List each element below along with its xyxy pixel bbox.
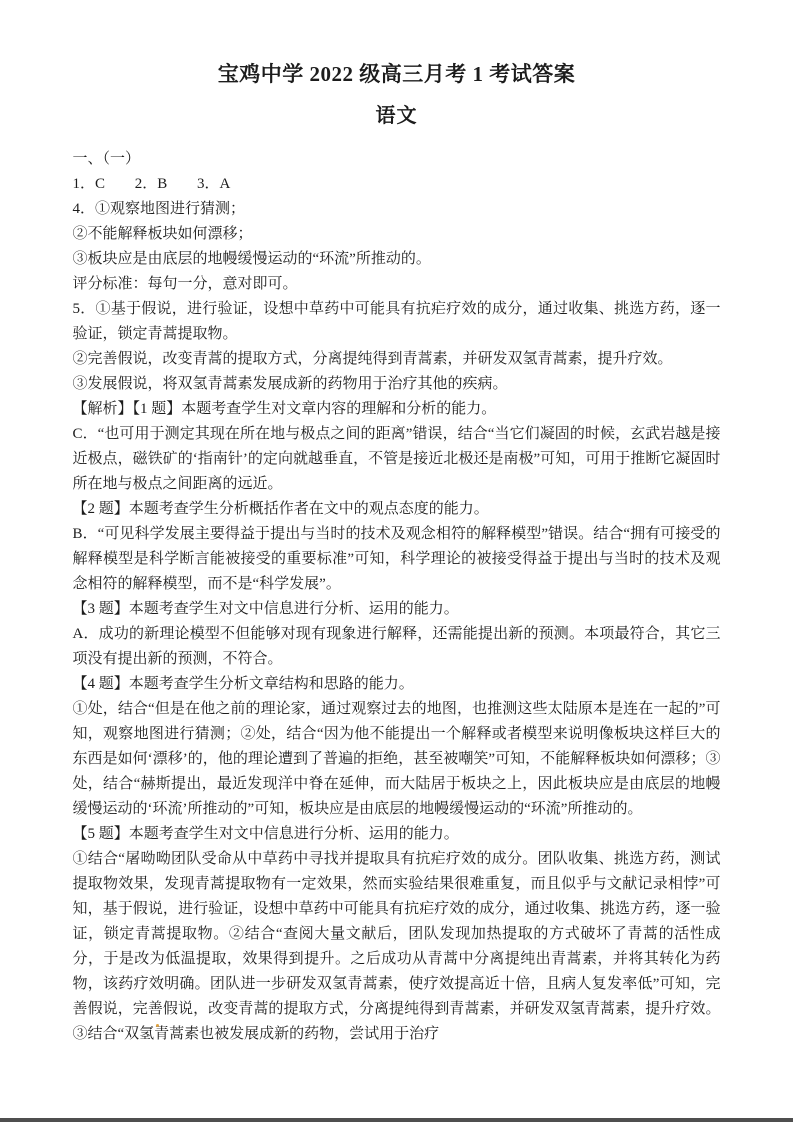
q5-answer-point-1: 5．①基于假说，进行验证，设想中草药中可能具有抗疟疗效的成分，通过收集、挑选方药… [73,297,721,347]
analysis-q4-detail: ①处，结合“但是在他之前的理论家，通过观察过去的地图，也推测这些太陆原本是连在一… [73,697,721,822]
q4-answer-point-2: ②不能解释板块如何漂移； [73,222,721,247]
analysis-q5-detail: ①结合“屠呦呦团队受命从中草药中寻找并提取具有抗疟疗效的成分。团队收集、挑选方药… [73,847,721,1047]
q4-answer-point-1: 4．①观察地图进行猜测； [73,197,721,222]
document-page: 宝鸡中学 2022 级高三月考 1 考试答案 语文 一、（一） 1．C 2．B … [0,0,793,1122]
section-heading: 一、（一） [73,147,721,172]
analysis-q4-heading: 【4 题】本题考查学生分析文章结构和思路的能力。 [73,672,721,697]
choice-answer-1: 1．C [73,172,106,197]
analysis-q5-heading: 【5 题】本题考查学生对文中信息进行分析、运用的能力。 [73,822,721,847]
window-bottom-edge [0,1118,793,1122]
analysis-q1-option-c: C．“也可用于测定其现在所在地与极点之间的距离”错误，结合“当它们凝固的时候，玄… [73,422,721,497]
answer-body: 一、（一） 1．C 2．B 3．A 4．①观察地图进行猜测； ②不能解释板块如何… [73,147,721,1047]
choice-answer-3: 3．A [197,172,230,197]
choice-answer-2: 2．B [135,172,168,197]
choice-answers-row: 1．C 2．B 3．A [73,172,721,197]
page-title: 宝鸡中学 2022 级高三月考 1 考试答案 [0,60,793,88]
q4-answer-point-3: ③板块应是由底层的地幔缓慢运动的“环流”所推动的。 [73,247,721,272]
analysis-q3-option-a: A．成功的新理论模型不但能够对现有现象进行解释，还需能提出新的预测。本项最符合，… [73,622,721,672]
q5-answer-point-3: ③发展假说，将双氢青蒿素发展成新的药物用于治疗其他的疾病。 [73,372,721,397]
page-speck [156,1024,159,1027]
analysis-q1-heading: 【解析】【1 题】本题考查学生对文章内容的理解和分析的能力。 [73,397,721,422]
page-subtitle: 语文 [0,103,793,130]
analysis-q2-heading: 【2 题】本题考查学生分析概括作者在文中的观点态度的能力。 [73,497,721,522]
q4-scoring-criteria: 评分标准：每句一分，意对即可。 [73,272,721,297]
q5-answer-point-2: ②完善假说，改变青蒿的提取方式，分离提纯得到青蒿素，并研发双氢青蒿素，提升疗效。 [73,347,721,372]
analysis-q3-heading: 【3 题】本题考查学生对文中信息进行分析、运用的能力。 [73,597,721,622]
analysis-q2-option-b: B．“可见科学发展主要得益于提出与当时的技术及观念相符的解释模型”错误。结合“拥… [73,522,721,597]
